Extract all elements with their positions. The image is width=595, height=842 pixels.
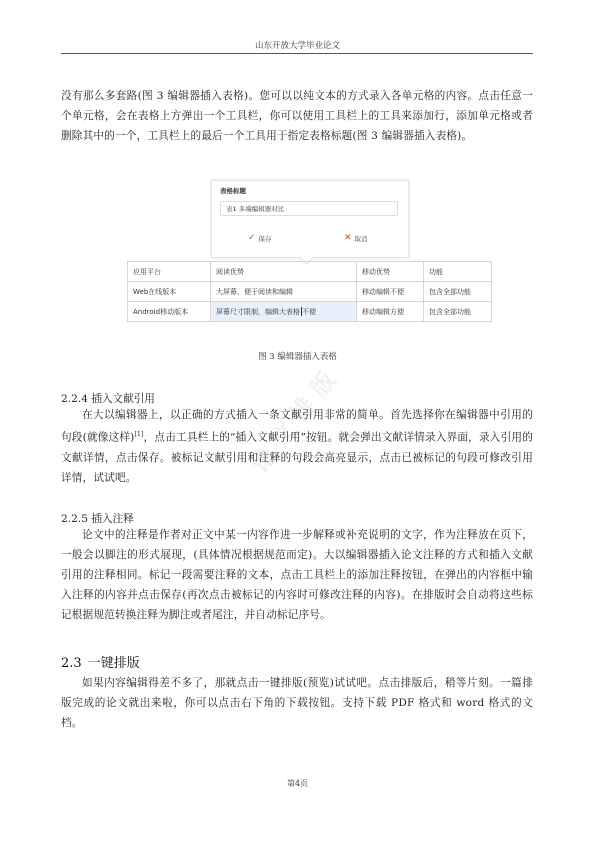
close-icon: ✕ [344,233,352,243]
cell-text-tail: 不便 [302,308,316,316]
table-caption-input[interactable]: 表1 多端编辑器对比 [220,201,398,216]
header-title: 山东开放大学毕业论文 [0,39,595,51]
comparison-table: 应用平台 阅读优势 移动优势 功能 Web在线版本 大屏幕，便于阅读和编辑 移动… [127,261,492,322]
cancel-button[interactable]: ✕ 取消 [344,233,368,243]
table-row: 应用平台 阅读优势 移动优势 功能 [128,262,492,282]
table-cell-selected[interactable]: 屏幕尺寸限制，编辑大表格不便 [211,302,357,322]
section-heading-2-2-4: 2.2.4 插入文献引用 [61,391,155,406]
citation-marker[interactable]: [1] [135,431,144,438]
section-number: 2.3 [61,656,82,671]
table-row: Android移动版本 屏幕尺寸限制，编辑大表格不便 移动编辑方便 包含全部功能 [128,302,492,322]
table-row: Web在线版本 大屏幕，便于阅读和编辑 移动编辑不便 包含全部功能 [128,282,492,302]
check-icon: ✓ [248,233,256,243]
table-cell[interactable]: 应用平台 [128,262,211,282]
section-2-2-5-paragraph: 论文中的注释是作者对正文中某一内容作进一步解释或补充说明的文字，作为注释放在页下… [61,525,533,625]
section-2-2-4-paragraph: 在大以编辑器上，以正确的方式插入一条文献引用非常的简单。首先选择你在编辑器中引用… [61,405,533,488]
table-cell[interactable]: 包含全部功能 [424,302,492,322]
header-divider [61,53,533,54]
table-cell[interactable]: 移动优势 [357,262,424,282]
popup-label: 表格标题 [220,186,246,195]
intro-paragraph: 没有那么多套路(图 3 编辑器插入表格)。您可以以纯文本的方式录入各单元格的内容… [61,86,533,146]
table-cell[interactable]: Web在线版本 [128,282,211,302]
cancel-label: 取消 [355,234,368,243]
save-label: 保存 [259,234,272,243]
table-cell[interactable]: 大屏幕，便于阅读和编辑 [211,282,357,302]
section-2-3-paragraph: 如果内容编辑得差不多了，那就点击一键排版(预览)试试吧。点击排版后，稍等片刻。一… [61,673,533,733]
table-cell[interactable]: 移动编辑不便 [357,282,424,302]
table-cell[interactable]: Android移动版本 [128,302,211,322]
section-title: 一键排版 [88,656,140,671]
table-cell[interactable]: 功能 [424,262,492,282]
section-heading-2-3: 2.3一键排版 [61,652,140,671]
table-cell[interactable]: 阅读优势 [211,262,357,282]
table-cell[interactable]: 包含全部功能 [424,282,492,302]
page-number: 第4页 [0,778,595,789]
save-button[interactable]: ✓ 保存 [248,233,272,243]
figure-caption: 图 3 编辑器插入表格 [0,350,595,362]
table-caption-popup: 表格标题 表1 多端编辑器对比 ✓ 保存 ✕ 取消 [211,180,409,258]
cell-text: 屏幕尺寸限制，编辑大表格 [216,308,300,316]
table-cell[interactable]: 移动编辑方便 [357,302,424,322]
section-heading-2-2-5: 2.2.5 插入注释 [61,511,134,526]
